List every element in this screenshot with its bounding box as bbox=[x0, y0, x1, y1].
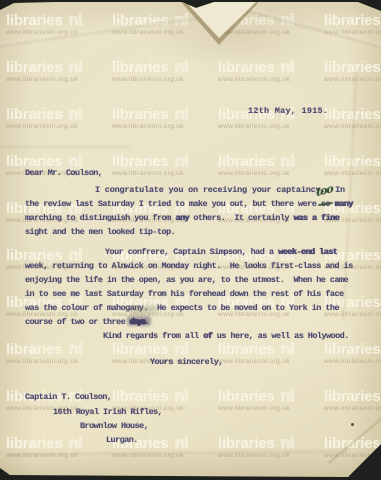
text-segment: others. It certainly bbox=[189, 213, 294, 223]
text-segment: 16th Royal Irish Rifles, bbox=[53, 407, 162, 417]
text-segment: Lurgan. bbox=[106, 435, 138, 445]
closing-line: Yours sincerely, bbox=[150, 357, 223, 368]
body-line: Your confrere, Captain Simpson, had a we… bbox=[105, 247, 337, 258]
scanned-letter-photo: librariesniwww.librariesni.org.uklibrari… bbox=[0, 0, 381, 480]
body-line: enjoying the life in the open, as you ar… bbox=[25, 275, 348, 286]
text-segment: week, returning to Alnwick on Monday nig… bbox=[25, 261, 353, 271]
body-line: in to see me last Saturday from his fore… bbox=[25, 289, 344, 300]
text-segment: in to see me last Saturday from his fore… bbox=[25, 289, 344, 299]
body-line: week, returning to Alnwick on Monday nig… bbox=[25, 261, 353, 272]
body-line: was the colour of mahogany. He expects t… bbox=[25, 303, 339, 314]
body-line: marching to distinguish you from any oth… bbox=[25, 213, 339, 224]
address-line: 16th Royal Irish Rifles, bbox=[53, 407, 162, 418]
typed-letter-text: 12th May, 1915.Dear Mr. Coulson,I congra… bbox=[0, 0, 381, 480]
address-line: Brownlow House, bbox=[80, 421, 148, 432]
text-segment: Dear Mr. Coulson, bbox=[25, 168, 102, 178]
text-segment: Brownlow House, bbox=[80, 421, 148, 431]
text-segment: many bbox=[330, 199, 353, 209]
text-segment: week-end last bbox=[278, 247, 337, 257]
body-line: sight and the men looked tip-top. bbox=[25, 227, 175, 238]
text-segment: of bbox=[203, 331, 212, 341]
text-segment: enjoying the life in the open, as you ar… bbox=[25, 275, 348, 285]
text-segment: us here, as well as Holywood. bbox=[212, 331, 349, 341]
overtyped-ink-blob bbox=[127, 316, 151, 326]
text-segment: Kind regards from all bbox=[103, 331, 203, 341]
text-segment: sight and the men looked tip-top. bbox=[25, 227, 175, 237]
address-line: Captain T. Coulson, bbox=[25, 392, 111, 403]
text-segment: course of two or three bbox=[25, 317, 130, 327]
paper-speck bbox=[351, 423, 354, 426]
letter-paper: librariesniwww.librariesni.org.uklibrari… bbox=[0, 0, 381, 480]
text-segment: was a fine bbox=[294, 213, 340, 223]
text-segment: any bbox=[175, 213, 189, 223]
salutation-line: Dear Mr. Coulson, bbox=[25, 168, 102, 179]
address-line: Lurgan. bbox=[106, 435, 138, 446]
text-segment: was the colour of mahogany. He expects t… bbox=[25, 303, 339, 313]
text-segment: Yours sincerely, bbox=[150, 357, 223, 367]
text-segment: the review last Saturday I tried to make… bbox=[25, 199, 321, 209]
text-segment: Your confrere, Captain Simpson, had a bbox=[105, 247, 278, 257]
text-segment: Captain T. Coulson, bbox=[25, 392, 111, 402]
date-line: 12th May, 1915. bbox=[248, 106, 328, 117]
body-line: the review last Saturday I tried to make… bbox=[25, 199, 353, 210]
body-line: I congratulate you on receiving your cap… bbox=[95, 185, 345, 196]
text-segment: 12th May, 1915. bbox=[248, 106, 328, 116]
text-segment: I congratulate you on receiving your cap… bbox=[95, 185, 345, 195]
body-line: Kind regards from all of us here, as wel… bbox=[103, 331, 349, 342]
text-segment: marching to distinguish you from bbox=[25, 213, 175, 223]
